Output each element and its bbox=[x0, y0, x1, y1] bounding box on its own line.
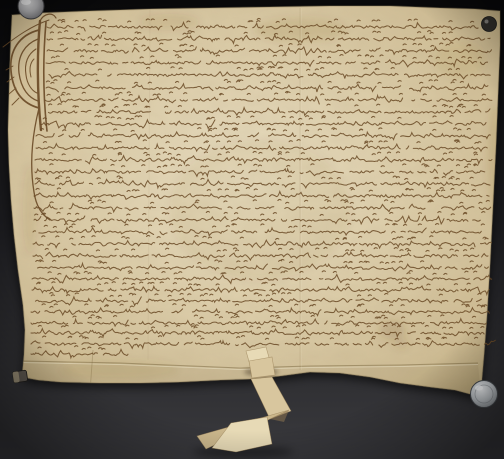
manuscript-photo bbox=[0, 0, 504, 459]
photo-vignette bbox=[0, 0, 504, 459]
photo-stage bbox=[0, 0, 504, 459]
manuscript-scene bbox=[0, 0, 504, 459]
